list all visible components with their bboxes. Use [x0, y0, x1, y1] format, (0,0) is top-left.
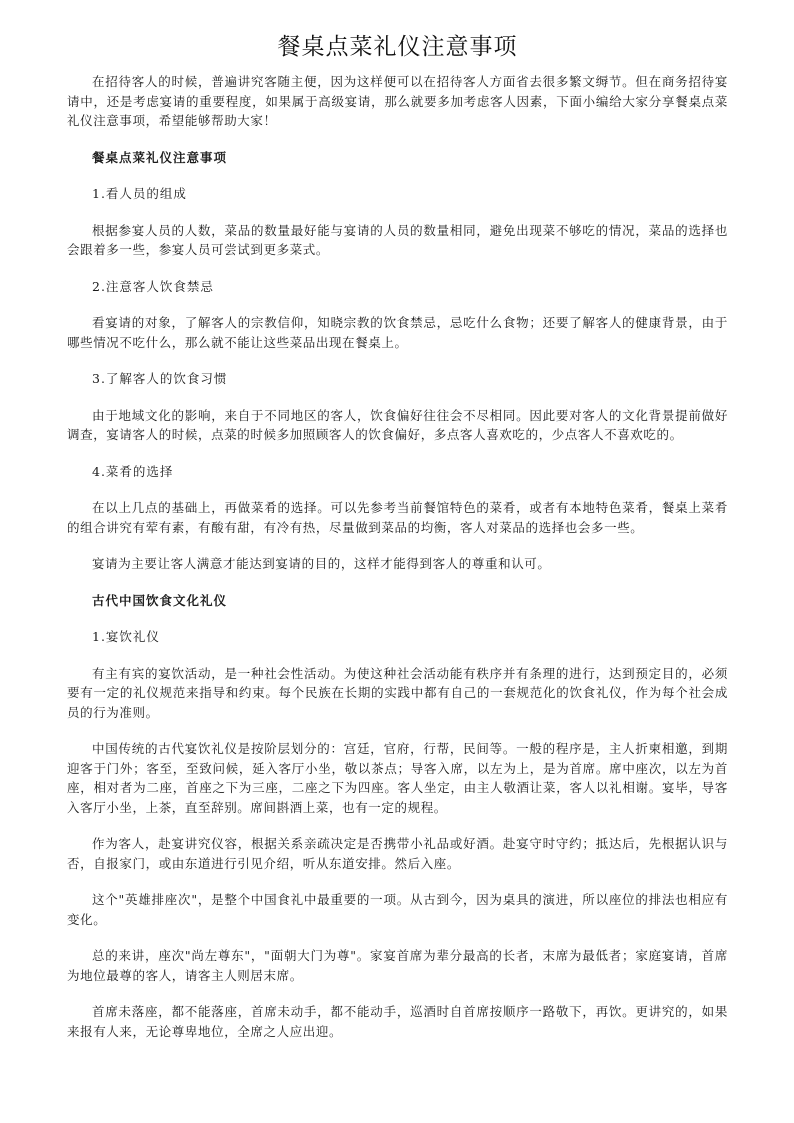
intro-paragraph: 在招待客人的时候，普遍讲究客随主便，因为这样便可以在招待客人方面省去很多繁文缛节… [67, 72, 728, 131]
section-heading: 古代中国饮食文化礼仪 [67, 591, 728, 611]
document-page: 餐桌点菜礼仪注意事项 在招待客人的时候，普遍讲究客随主便，因为这样便可以在招待客… [67, 0, 728, 1041]
body-paragraph: 看宴请的对象，了解客人的宗教信仰，知晓宗教的饮食禁忌，忌吃什么食物；还要了解客人… [67, 313, 728, 352]
subsection-heading: 3.了解客人的饮食习惯 [67, 369, 728, 389]
subsection-heading: 2.注意客人饮食禁忌 [67, 277, 728, 297]
body-paragraph: 作为客人，赴宴讲究仪容，根据关系亲疏决定是否携带小礼品或好酒。赴宴守时守约；抵达… [67, 834, 728, 873]
body-paragraph: 在以上几点的基础上，再做菜肴的选择。可以先参考当前餐馆特色的菜肴，或者有本地特色… [67, 498, 728, 537]
body-paragraph: 根据参宴人员的人数，菜品的数量最好能与宴请的人员的数量相同，避免出现菜不够吃的情… [67, 221, 728, 260]
body-paragraph: 有主有宾的宴饮活动，是一种社会性活动。为使这种社会活动能有秩序并有条理的进行，达… [67, 664, 728, 723]
section-heading: 餐桌点菜礼仪注意事项 [67, 148, 728, 168]
subsection-heading: 1.看人员的组成 [67, 184, 728, 204]
body-paragraph: 宴请为主要让客人满意才能达到宴请的目的，这样才能得到客人的尊重和认可。 [67, 554, 728, 574]
body-paragraph: 总的来讲，座次"尚左尊东"，"面朝大门为尊"。家宴首席为辈分最高的长者，末席为最… [67, 946, 728, 985]
body-paragraph: 中国传统的古代宴饮礼仪是按阶层划分的：宫廷，官府，行帮，民间等。一般的程序是，主… [67, 739, 728, 817]
body-paragraph: 这个"英雄排座次"，是整个中国食礼中最重要的一项。从古到今，因为桌具的演进，所以… [67, 890, 728, 929]
subsection-heading: 1.宴饮礼仪 [67, 627, 728, 647]
body-paragraph: 首席未落座，都不能落座，首席未动手，都不能动手，巡酒时自首席按顺序一路敬下，再饮… [67, 1002, 728, 1041]
subsection-heading: 4.菜肴的选择 [67, 462, 728, 482]
body-paragraph: 由于地域文化的影响，来自于不同地区的客人，饮食偏好往往会不尽相同。因此要对客人的… [67, 406, 728, 445]
document-title: 餐桌点菜礼仪注意事项 [67, 32, 728, 62]
